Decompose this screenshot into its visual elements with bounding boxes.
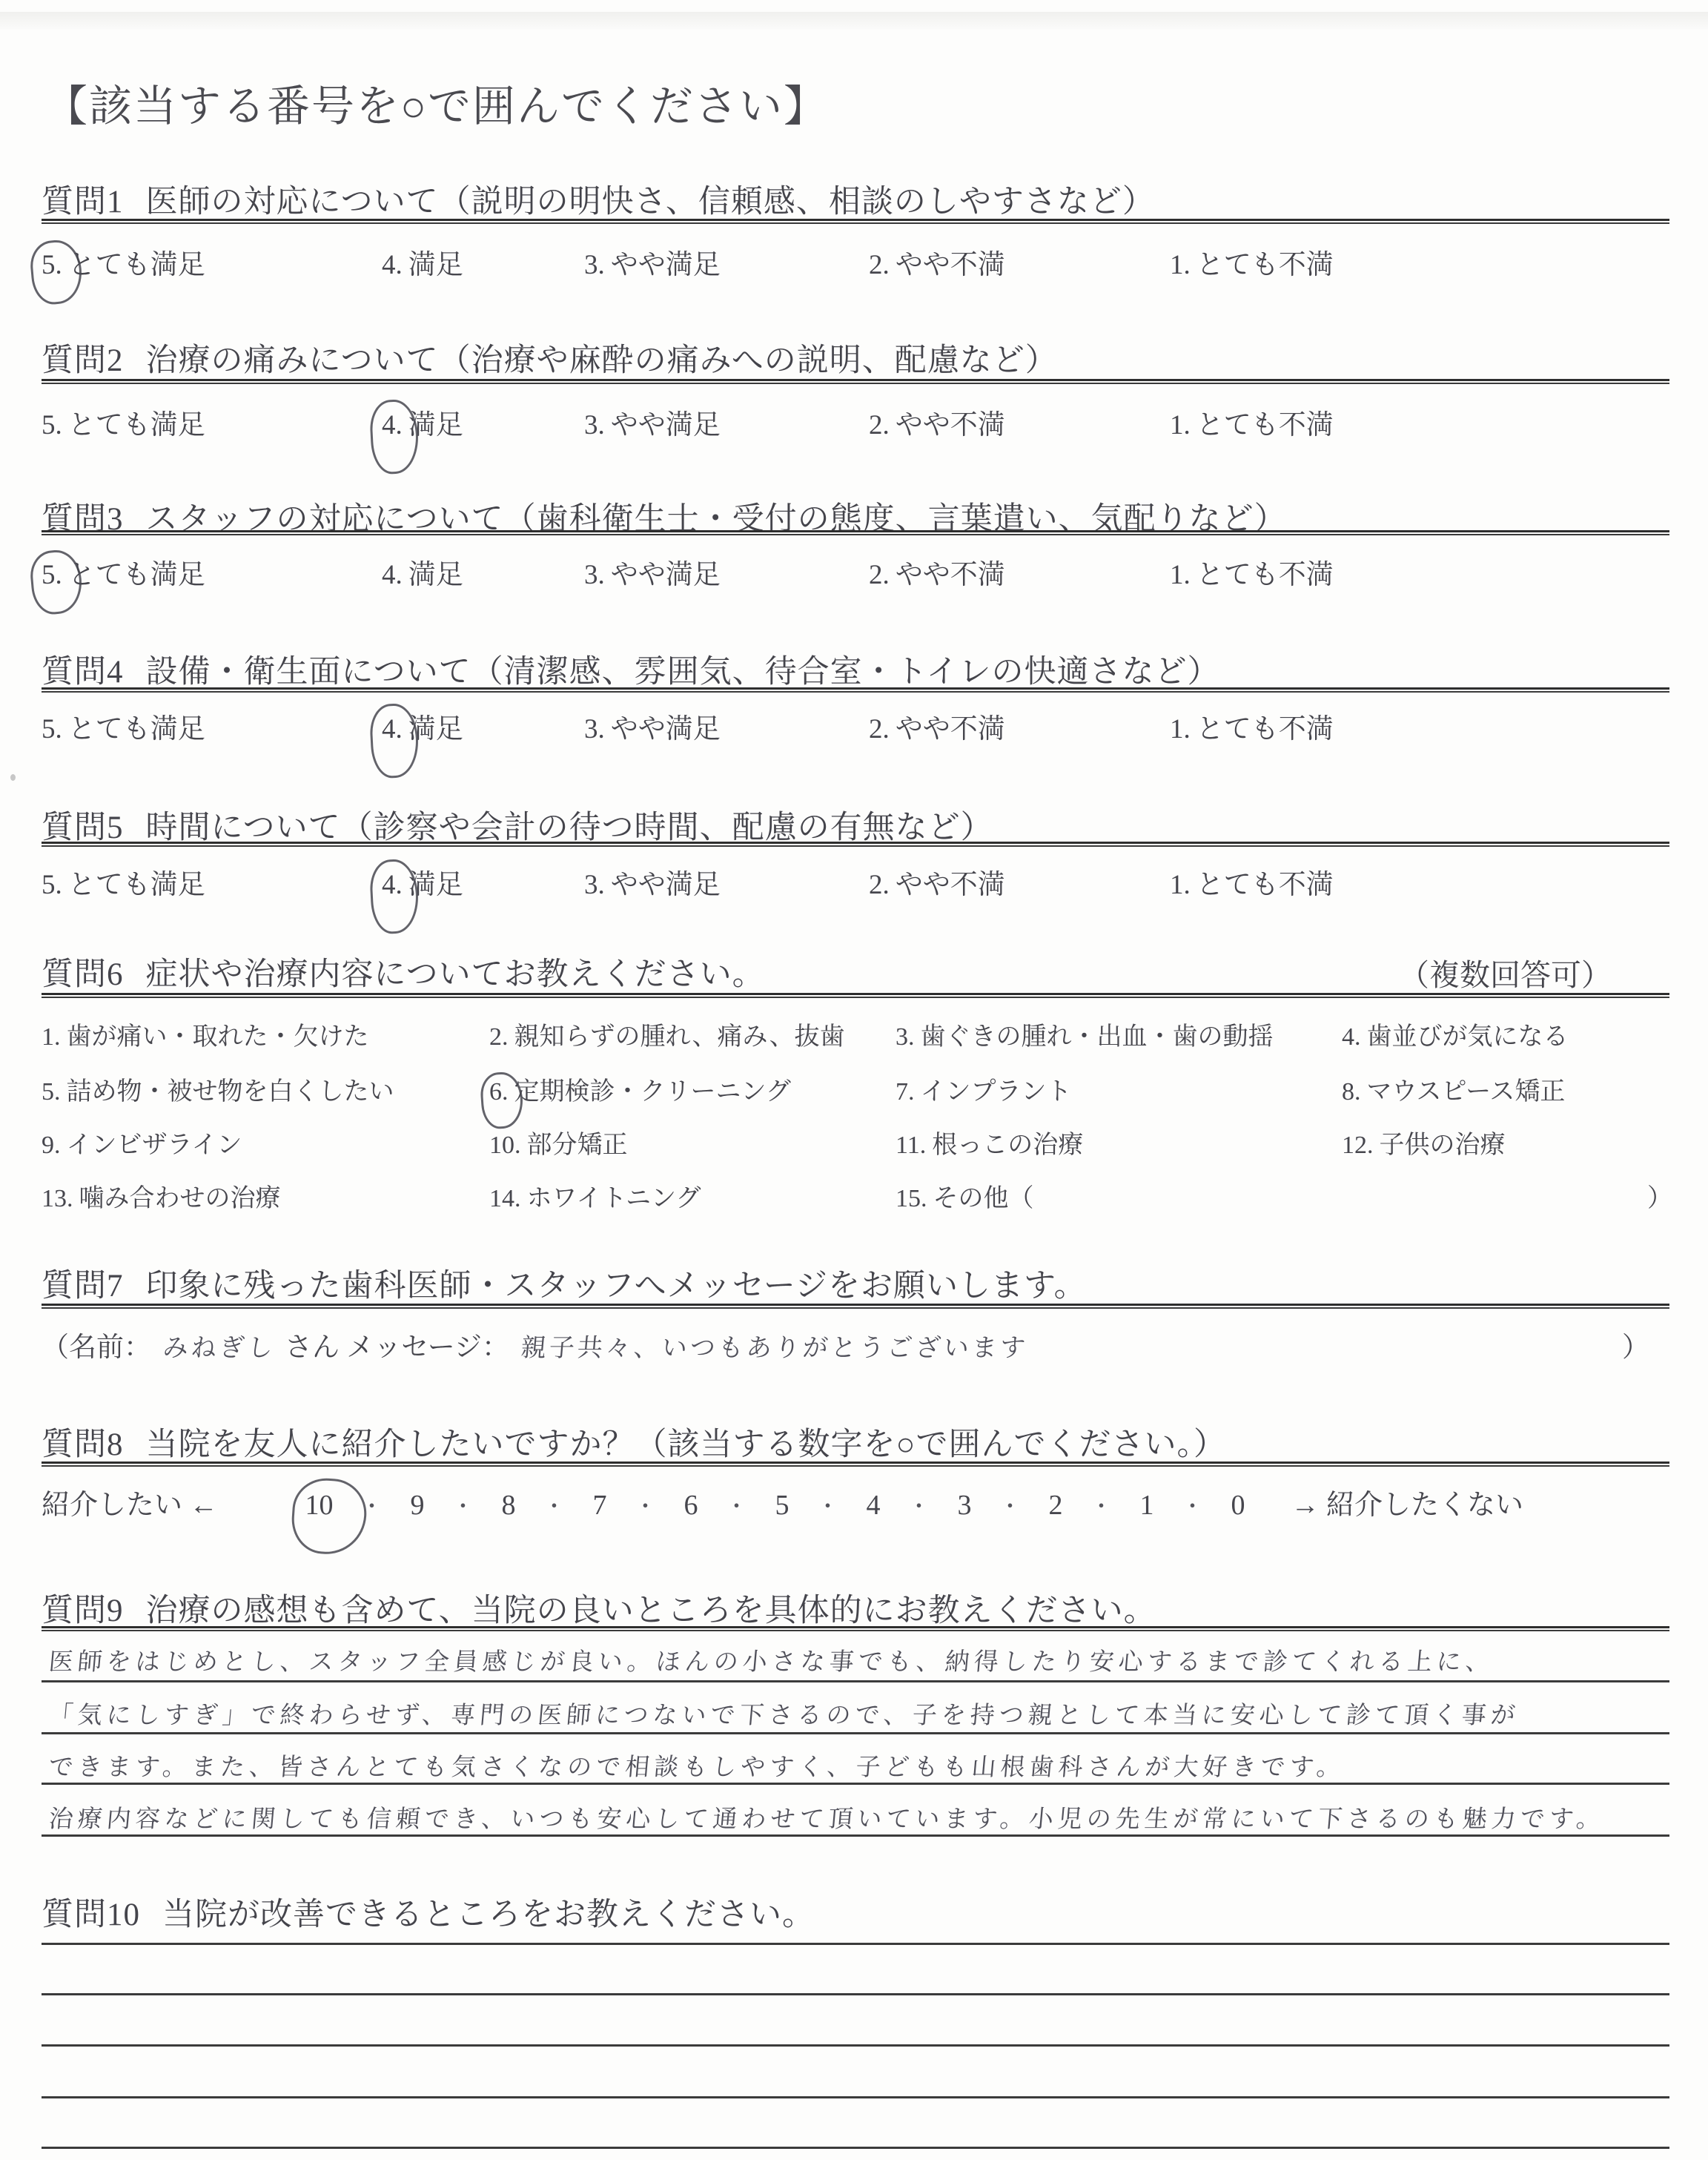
scale-dot: ・ — [908, 1488, 930, 1521]
question-1-options: 5.とても満足 4.満足 3.やや満足 2.やや不満 1.とても不満 — [0, 242, 1708, 279]
question-title: 症状や治療内容についてお教えください。 — [146, 957, 765, 992]
option-3: 3.やや満足 — [584, 402, 721, 442]
option-3: 3.やや満足 — [584, 706, 721, 746]
item-2: 2.親知らずの腫れ、痛み、抜歯 — [489, 1016, 845, 1052]
question-4-options: 5.とても満足 4.満足 3.やや満足 2.やや不満 1.とても不満 — [0, 706, 1708, 743]
option-1: 1.とても不満 — [1170, 242, 1334, 282]
item-4: 4.歯並びが気になる — [1342, 1016, 1569, 1052]
question-9-heading: 質問9治療の感想も含めて、当院の良いところを具体的にお教えください。 — [42, 1585, 1156, 1631]
question-2-options: 5.とても満足 4.満足 3.やや満足 2.やや不満 1.とても不満 — [0, 402, 1708, 439]
question-9-rule — [42, 1626, 1669, 1631]
option-2: 2.やや不満 — [869, 862, 1005, 902]
scale-left-label: 紹介したい ← — [42, 1482, 218, 1522]
question-number: 質問1 — [42, 185, 124, 219]
item-15-other: 15.その他（ — [896, 1178, 1034, 1214]
question-number: 質問8 — [42, 1427, 124, 1462]
question-7-heading: 質問7印象に残った歯科医師・スタッフへメッセージをお願いします。 — [42, 1261, 1087, 1306]
answer-close-paren: ） — [1622, 1324, 1649, 1364]
option-1: 1.とても不満 — [1170, 862, 1334, 902]
question-title: 医師の対応について（説明の明快さ、信頼感、相談のしやすさなど） — [146, 185, 1155, 219]
question-7-answer-line: （名前：みねぎしさん メッセージ：親子共々、いつもありがとうございます — [42, 1324, 1037, 1364]
answer-ruled-line — [42, 1680, 1669, 1682]
item-12: 12.子供の治療 — [1342, 1124, 1506, 1160]
option-1: 1.とても不満 — [1170, 402, 1334, 442]
scale-4: 4 — [867, 1489, 881, 1522]
handwritten-comment-line-3: できます。また、皆さんとても気さくなので相談もしやすく、子どもも山根歯科さんが大… — [47, 1748, 1347, 1783]
scale-1: 1 — [1140, 1489, 1154, 1522]
scale-numbers: 10 ・ 9 ・ 8 ・ 7 ・ 6 ・ 5 ・ 4 ・ 3 ・ 2 ・ 1 ・… — [305, 1488, 1245, 1522]
question-5-heading: 質問5時間について（診察や会計の待つ時間、配慮の有無など） — [42, 802, 993, 848]
question-1-heading: 質問1医師の対応について（説明の明快さ、信頼感、相談のしやすさなど） — [42, 176, 1155, 222]
question-number: 質問4 — [42, 655, 124, 690]
item-1: 1.歯が痛い・取れた・欠けた — [42, 1016, 369, 1052]
option-2: 2.やや不満 — [869, 706, 1005, 746]
scale-dot: ・ — [1182, 1488, 1204, 1521]
scale-dot: ・ — [817, 1488, 839, 1521]
option-1: 1.とても不満 — [1170, 706, 1334, 746]
scale-dot: ・ — [543, 1488, 566, 1521]
question-3-rule — [42, 530, 1669, 535]
question-number: 質問2 — [42, 343, 124, 378]
recommend-scale: 紹介したい ← 10 ・ 9 ・ 8 ・ 7 ・ 6 ・ 5 ・ 4 ・ 3 ・… — [42, 1482, 1523, 1522]
question-2-rule — [42, 379, 1669, 384]
question-5-rule — [42, 842, 1669, 847]
question-8-heading: 質問8当院を友人に紹介したいですか？（該当する数字を○で囲んでください。） — [42, 1419, 1226, 1464]
question-3-options: 5.とても満足 4.満足 3.やや満足 2.やや不満 1.とても不満 — [0, 552, 1708, 589]
scale-8: 8 — [502, 1489, 516, 1522]
scan-edge-artifact — [0, 12, 1708, 30]
scale-dot: ・ — [635, 1488, 657, 1521]
item-3: 3.歯ぐきの腫れ・出血・歯の動揺 — [896, 1016, 1274, 1052]
name-field-label: （名前： — [42, 1332, 151, 1363]
handwritten-name: みねぎし — [162, 1327, 277, 1364]
question-10-heading: 質問10当院が改善できるところをお教えください。 — [42, 1889, 815, 1935]
form-title: 【該当する番号を○で囲んでください】 — [44, 71, 828, 133]
question-5-options: 5.とても満足 4.満足 3.やや満足 2.やや不満 1.とても不満 — [0, 862, 1708, 899]
handwritten-message: 親子共々、いつもありがとうございます — [520, 1327, 1030, 1364]
option-2: 2.やや不満 — [869, 402, 1005, 442]
scale-5: 5 — [775, 1489, 790, 1522]
question-number: 質問5 — [42, 810, 124, 845]
question-title: 設備・衛生面について（清潔感、雰囲気、待合室・トイレの快適さなど） — [146, 655, 1220, 690]
question-4-heading: 質問4設備・衛生面について（清潔感、雰囲気、待合室・トイレの快適さなど） — [42, 647, 1220, 692]
handwritten-comment-line-4: 治療内容などに関しても信頼でき、いつも安心して通わせて頂いています。小児の先生が… — [47, 1800, 1607, 1834]
question-6-rule — [42, 993, 1669, 998]
answer-ruled-line — [42, 2044, 1669, 2047]
answer-ruled-line — [42, 1943, 1669, 1945]
answer-ruled-line — [42, 2096, 1669, 2098]
scale-dot: ・ — [452, 1488, 474, 1521]
scale-dot: ・ — [999, 1488, 1022, 1521]
scale-dot: ・ — [726, 1488, 748, 1521]
question-6-heading: 質問6症状や治療内容についてお教えください。 — [42, 949, 765, 994]
option-4-circled: 4.満足 — [382, 706, 463, 746]
option-3: 3.やや満足 — [584, 552, 721, 592]
option-3: 3.やや満足 — [584, 242, 721, 282]
option-3: 3.やや満足 — [584, 862, 721, 902]
question-7-rule — [42, 1304, 1669, 1309]
question-title: 当院が改善できるところをお教えください。 — [162, 1898, 815, 1932]
option-4-circled: 4.満足 — [382, 402, 463, 442]
answer-ruled-line — [42, 1993, 1669, 1995]
scan-speck-artifact — [10, 774, 16, 781]
item-9: 9.インビザライン — [42, 1124, 242, 1160]
answer-ruled-line — [42, 1834, 1669, 1837]
scale-6: 6 — [684, 1489, 698, 1522]
option-5: 5.とても満足 — [42, 706, 205, 746]
answer-ruled-line — [42, 2147, 1669, 2149]
option-4: 4.満足 — [382, 552, 463, 592]
scale-dot: ・ — [1090, 1488, 1113, 1521]
item-8: 8.マウスピース矯正 — [1342, 1071, 1565, 1107]
option-4-circled: 4.満足 — [382, 862, 463, 902]
scale-7: 7 — [593, 1489, 607, 1522]
item-11: 11.根っこの治療 — [896, 1124, 1083, 1160]
option-5: 5.とても満足 — [42, 862, 205, 902]
question-title: 印象に残った歯科医師・スタッフへメッセージをお願いします。 — [146, 1269, 1087, 1304]
answer-ruled-line — [42, 1783, 1669, 1785]
question-title: 時間について（診察や会計の待つ時間、配慮の有無など） — [146, 810, 993, 845]
question-title: 治療の感想も含めて、当院の良いところを具体的にお教えください。 — [146, 1593, 1156, 1628]
item-13: 13.噛み合わせの治療 — [42, 1178, 281, 1214]
option-4: 4.満足 — [382, 242, 463, 282]
question-1-rule — [42, 219, 1669, 224]
question-number: 質問10 — [42, 1898, 140, 1932]
scale-0: 0 — [1231, 1489, 1245, 1522]
question-2-heading: 質問2治療の痛みについて（治療や麻酔の痛みへの説明、配慮など） — [42, 335, 1058, 380]
item-6-circled: 6.定期検診・クリーニング — [489, 1071, 791, 1107]
scale-dot: ・ — [361, 1488, 383, 1521]
handwritten-comment-line-2: 「気にしすぎ」で終わらせず、専門の医師につないで下さるので、子を持つ親として本当… — [47, 1696, 1521, 1731]
scale-10-circled: 10 — [305, 1489, 334, 1522]
multiple-answers-note: （複数回答可） — [1399, 951, 1612, 994]
item-15-close-paren: ） — [1647, 1178, 1672, 1214]
question-number: 質問9 — [42, 1593, 124, 1628]
question-title: 治療の痛みについて（治療や麻酔の痛みへの説明、配慮など） — [146, 343, 1058, 378]
question-title: 当院を友人に紹介したいですか？（該当する数字を○で囲んでください。） — [146, 1427, 1226, 1462]
item-7: 7.インプラント — [896, 1071, 1072, 1107]
question-8-rule — [42, 1462, 1669, 1467]
item-5: 5.詰め物・被せ物を白くしたい — [42, 1071, 394, 1107]
option-2: 2.やや不満 — [869, 242, 1005, 282]
option-5: 5.とても満足 — [42, 402, 205, 442]
option-1: 1.とても不満 — [1170, 552, 1334, 592]
scale-3: 3 — [958, 1489, 972, 1522]
answer-ruled-line — [42, 1732, 1669, 1734]
item-10: 10.部分矯正 — [489, 1124, 628, 1160]
scale-9: 9 — [411, 1489, 425, 1522]
scale-2: 2 — [1049, 1489, 1063, 1522]
option-5-circled: 5.とても満足 — [42, 242, 205, 282]
scanned-survey-form: 【該当する番号を○で囲んでください】 質問1医師の対応について（説明の明快さ、信… — [0, 0, 1708, 2160]
message-field-label: さん メッセージ： — [285, 1332, 509, 1363]
handwritten-comment-line-1: 医師をはじめとし、スタッフ全員感じが良い。ほんの小さな事でも、納得したり安心する… — [47, 1642, 1496, 1677]
item-14: 14.ホワイトニング — [489, 1178, 701, 1214]
question-number: 質問6 — [42, 957, 124, 992]
question-number: 質問7 — [42, 1269, 124, 1304]
scale-right-label: → 紹介したくない — [1291, 1482, 1524, 1522]
option-2: 2.やや不満 — [869, 552, 1005, 592]
question-4-rule — [42, 687, 1669, 693]
option-5-circled: 5.とても満足 — [42, 552, 205, 592]
